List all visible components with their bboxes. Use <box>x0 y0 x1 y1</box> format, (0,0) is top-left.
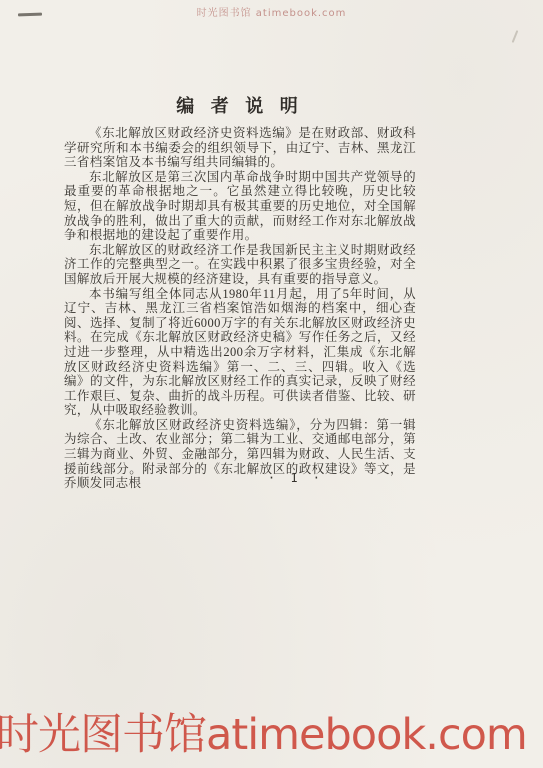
page-number: · 1 · <box>64 471 416 485</box>
paragraph-4: 本书编写组全体同志从1980年11月起，用了5年时间，从辽宁、吉林、黑龙江三省档… <box>64 287 416 418</box>
paragraph-2: 东北解放区是第三次国内革命战争时期中国共产党领导的最重要的革命根据地之一。它虽然… <box>64 170 416 243</box>
page-title: 编 者 说 明 <box>64 92 416 118</box>
scan-artifact-slash <box>512 30 519 43</box>
paragraph-1: 《东北解放区财政经济史资料选编》是在财政部、财政科学研究所和本书编委会的组织领导… <box>64 126 416 170</box>
paragraph-3: 东北解放区的财政经济工作是我国新民主主义时期财政经济工作的完整典型之一。在实践中… <box>64 243 416 287</box>
watermark-bottom: 时光图书馆atimebook.com <box>0 701 543 762</box>
watermark-top: 时光图书馆 atimebook.com <box>0 4 543 19</box>
scanned-book-page: 时光图书馆 atimebook.com 编 者 说 明 《东北解放区财政经济史资… <box>0 0 543 768</box>
text-block: 《东北解放区财政经济史资料选编》是在财政部、财政科学研究所和本书编委会的组织领导… <box>64 126 416 491</box>
